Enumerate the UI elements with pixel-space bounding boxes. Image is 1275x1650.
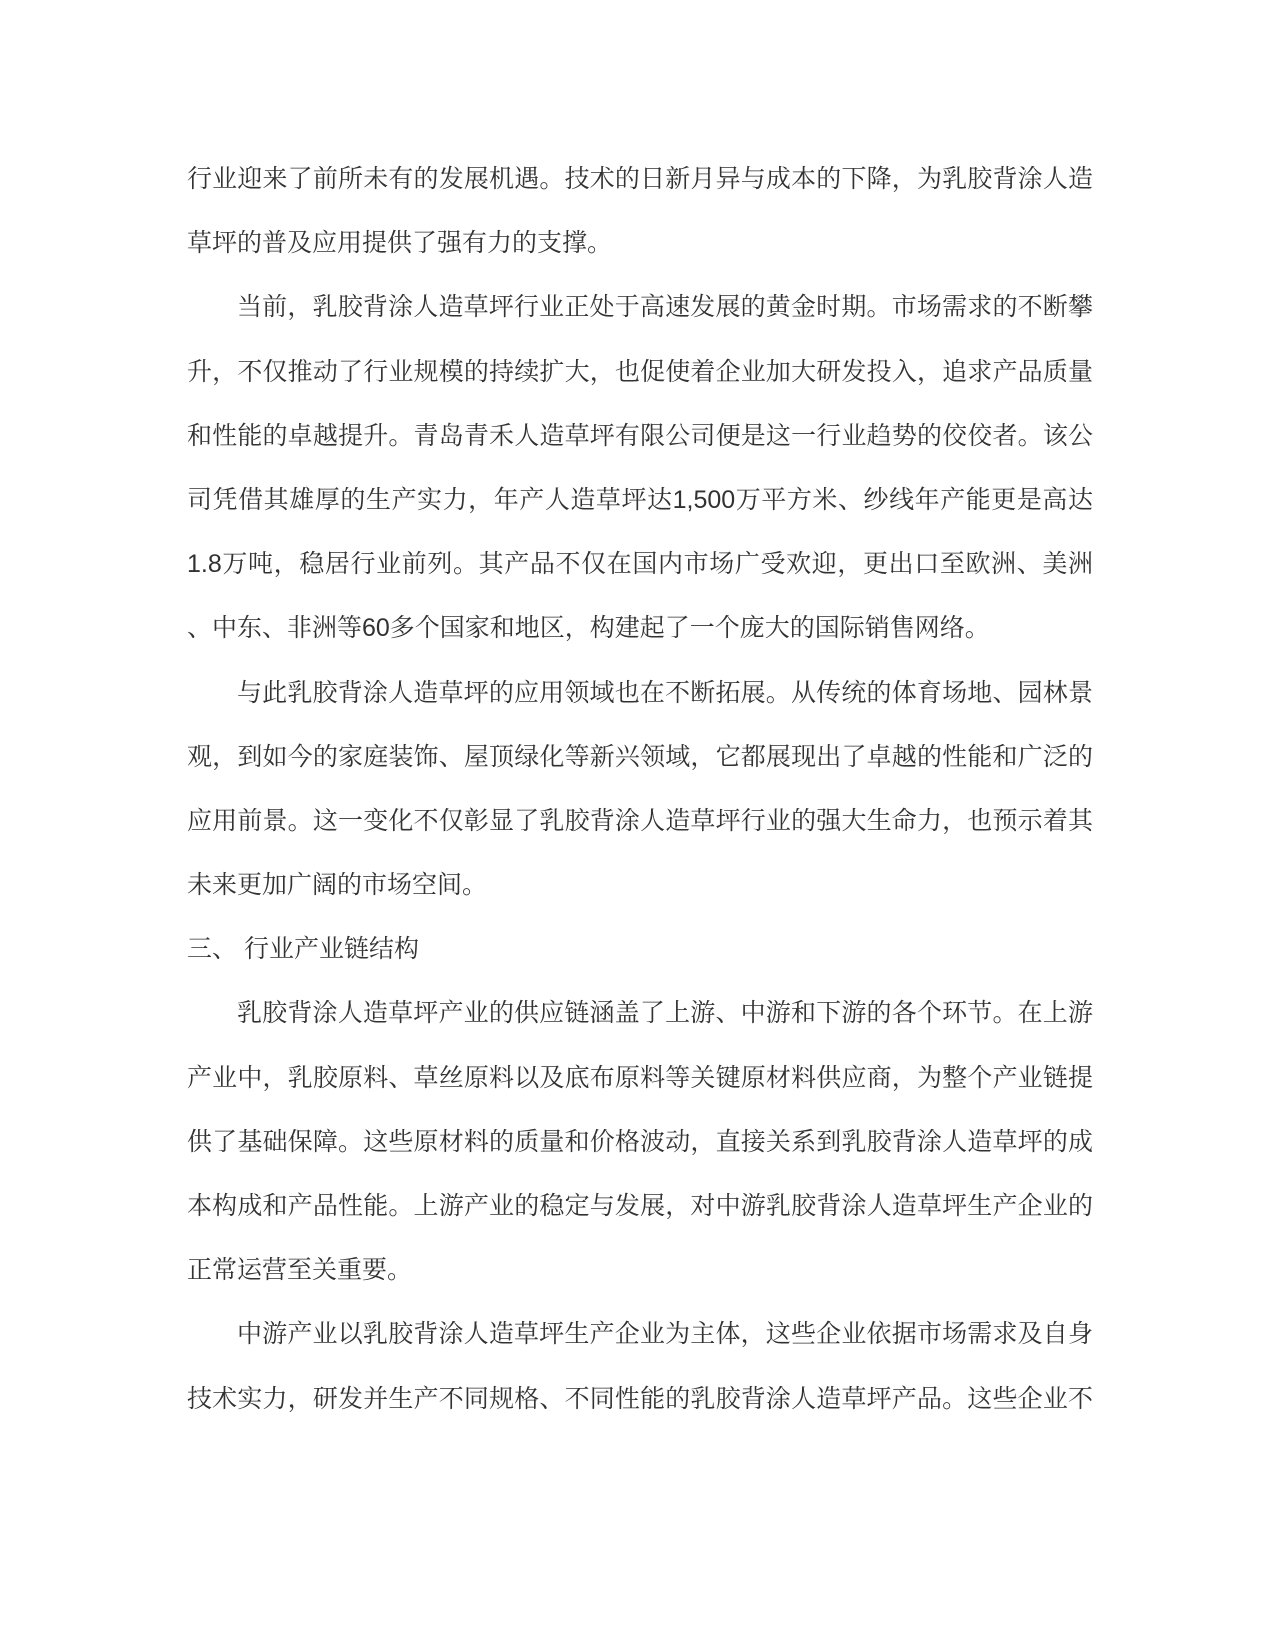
text-line: 中游产业以乳胶背涂人造草坪生产企业为主体，这些企业依据市场需求及自身 (187, 1302, 1093, 1366)
text-line: 本构成和产品性能。上游产业的稳定与发展，对中游乳胶背涂人造草坪生产企业的 (187, 1174, 1093, 1238)
text-line: 未来更加广阔的市场空间。 (187, 853, 1093, 917)
text-line: 草坪的普及应用提供了强有力的支撑。 (187, 211, 1093, 275)
document-body: 行业迎来了前所未有的发展机遇。技术的日新月异与成本的下降，为乳胶背涂人造草坪的普… (187, 147, 1093, 1431)
text-line: 乳胶背涂人造草坪产业的供应链涵盖了上游、中游和下游的各个环节。在上游 (187, 981, 1093, 1045)
text-line: 升，不仅推动了行业规模的持续扩大，也促使着企业加大研发投入，追求产品质量 (187, 340, 1093, 404)
text-line: 行业迎来了前所未有的发展机遇。技术的日新月异与成本的下降，为乳胶背涂人造 (187, 147, 1093, 211)
text-line: 供了基础保障。这些原材料的质量和价格波动，直接关系到乳胶背涂人造草坪的成 (187, 1110, 1093, 1174)
text-line: 与此乳胶背涂人造草坪的应用领域也在不断拓展。从传统的体育场地、园林景 (187, 661, 1093, 725)
text-line: 、中东、非洲等60多个国家和地区，构建起了一个庞大的国际销售网络。 (187, 596, 1093, 660)
text-line: 1.8万吨，稳居行业前列。其产品不仅在国内市场广受欢迎，更出口至欧洲、美洲 (187, 532, 1093, 596)
text-line: 技术实力，研发并生产不同规格、不同性能的乳胶背涂人造草坪产品。这些企业不 (187, 1367, 1093, 1431)
section-heading: 三、 行业产业链结构 (187, 917, 1093, 981)
text-line: 当前，乳胶背涂人造草坪行业正处于高速发展的黄金时期。市场需求的不断攀 (187, 275, 1093, 339)
text-line: 观，到如今的家庭装饰、屋顶绿化等新兴领域，它都展现出了卓越的性能和广泛的 (187, 725, 1093, 789)
text-line: 正常运营至关重要。 (187, 1238, 1093, 1302)
document-page: 行业迎来了前所未有的发展机遇。技术的日新月异与成本的下降，为乳胶背涂人造草坪的普… (0, 0, 1275, 1650)
text-line: 产业中，乳胶原料、草丝原料以及底布原料等关键原材料供应商，为整个产业链提 (187, 1046, 1093, 1110)
text-line: 应用前景。这一变化不仅彰显了乳胶背涂人造草坪行业的强大生命力，也预示着其 (187, 789, 1093, 853)
text-line: 司凭借其雄厚的生产实力，年产人造草坪达1,500万平方米、纱线年产能更是高达 (187, 468, 1093, 532)
text-line: 和性能的卓越提升。青岛青禾人造草坪有限公司便是这一行业趋势的佼佼者。该公 (187, 404, 1093, 468)
